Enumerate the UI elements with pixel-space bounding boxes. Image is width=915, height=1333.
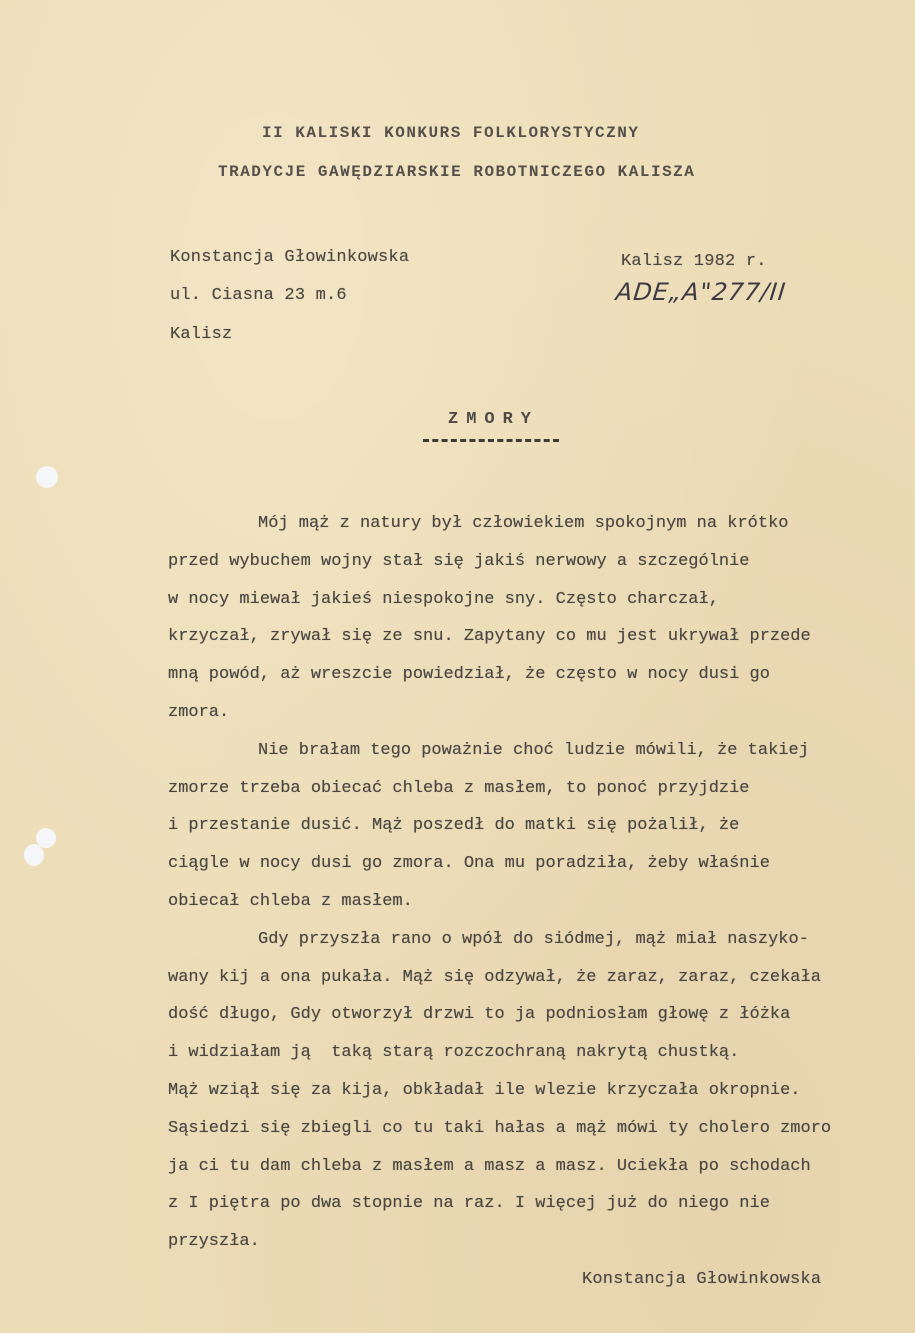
archive-signature: ADE„A"277/II bbox=[615, 278, 788, 306]
author-name: Konstancja Głowinkowska bbox=[170, 248, 409, 267]
header-competition-title: II KALISKI KONKURS FOLKLORYSTYCZNY bbox=[262, 124, 639, 142]
text-line: Sąsiedzi się zbiegli co tu taki hałas a … bbox=[168, 1110, 913, 1148]
text-line: Mąż wziął się za kija, obkładał ile wlez… bbox=[168, 1072, 913, 1110]
text-line: z I piętra po dwa stopnie na raz. I więc… bbox=[168, 1185, 913, 1223]
author-address: ul. Ciasna 23 m.6 bbox=[170, 286, 347, 305]
text-line: krzyczał, zrywał się ze snu. Zapytany co… bbox=[168, 618, 913, 656]
text-line: obiecał chleba z masłem. bbox=[168, 883, 913, 921]
text-line: i widziałam ją taką starą rozczochraną n… bbox=[168, 1034, 913, 1072]
story-body: Mój mąż z natury był człowiekiem spokojn… bbox=[168, 505, 913, 1261]
text-line: zmorze trzeba obiecać chleba z masłem, t… bbox=[168, 770, 913, 808]
document-page: II KALISKI KONKURS FOLKLORYSTYCZNY TRADY… bbox=[0, 0, 915, 1333]
text-line: i przestanie dusić. Mąż poszedł do matki… bbox=[168, 807, 913, 845]
text-line: ciągle w nocy dusi go zmora. Ona mu pora… bbox=[168, 845, 913, 883]
text-line: ja ci tu dam chleba z masłem a masz a ma… bbox=[168, 1148, 913, 1186]
header-subtitle: TRADYCJE GAWĘDZIARSKIE ROBOTNICZEGO KALI… bbox=[218, 163, 695, 181]
text-line: mną powód, aż wreszcie powiedział, że cz… bbox=[168, 656, 913, 694]
text-line: przed wybuchem wojny stał się jakiś nerw… bbox=[168, 543, 913, 581]
text-line: zmora. bbox=[168, 694, 913, 732]
author-city: Kalisz bbox=[170, 325, 232, 344]
punch-hole bbox=[24, 844, 44, 866]
punch-hole bbox=[36, 466, 58, 488]
text-line: Nie brałam tego poważnie choć ludzie mów… bbox=[168, 732, 913, 770]
document-title: ZMORY bbox=[448, 410, 539, 429]
text-line: przyszła. bbox=[168, 1223, 913, 1261]
text-line: Mój mąż z natury był człowiekiem spokojn… bbox=[168, 505, 913, 543]
text-line: wany kij a ona pukała. Mąż się odzywał, … bbox=[168, 959, 913, 997]
text-line: w nocy miewał jakieś niespokojne sny. Cz… bbox=[168, 581, 913, 619]
place-date: Kalisz 1982 r. bbox=[621, 252, 767, 271]
title-underline bbox=[423, 439, 559, 442]
text-line: Gdy przyszła rano o wpół do siódmej, mąż… bbox=[168, 921, 913, 959]
text-line: dość długo, Gdy otworzył drzwi to ja pod… bbox=[168, 996, 913, 1034]
author-signature: Konstancja Głowinkowska bbox=[582, 1270, 821, 1289]
